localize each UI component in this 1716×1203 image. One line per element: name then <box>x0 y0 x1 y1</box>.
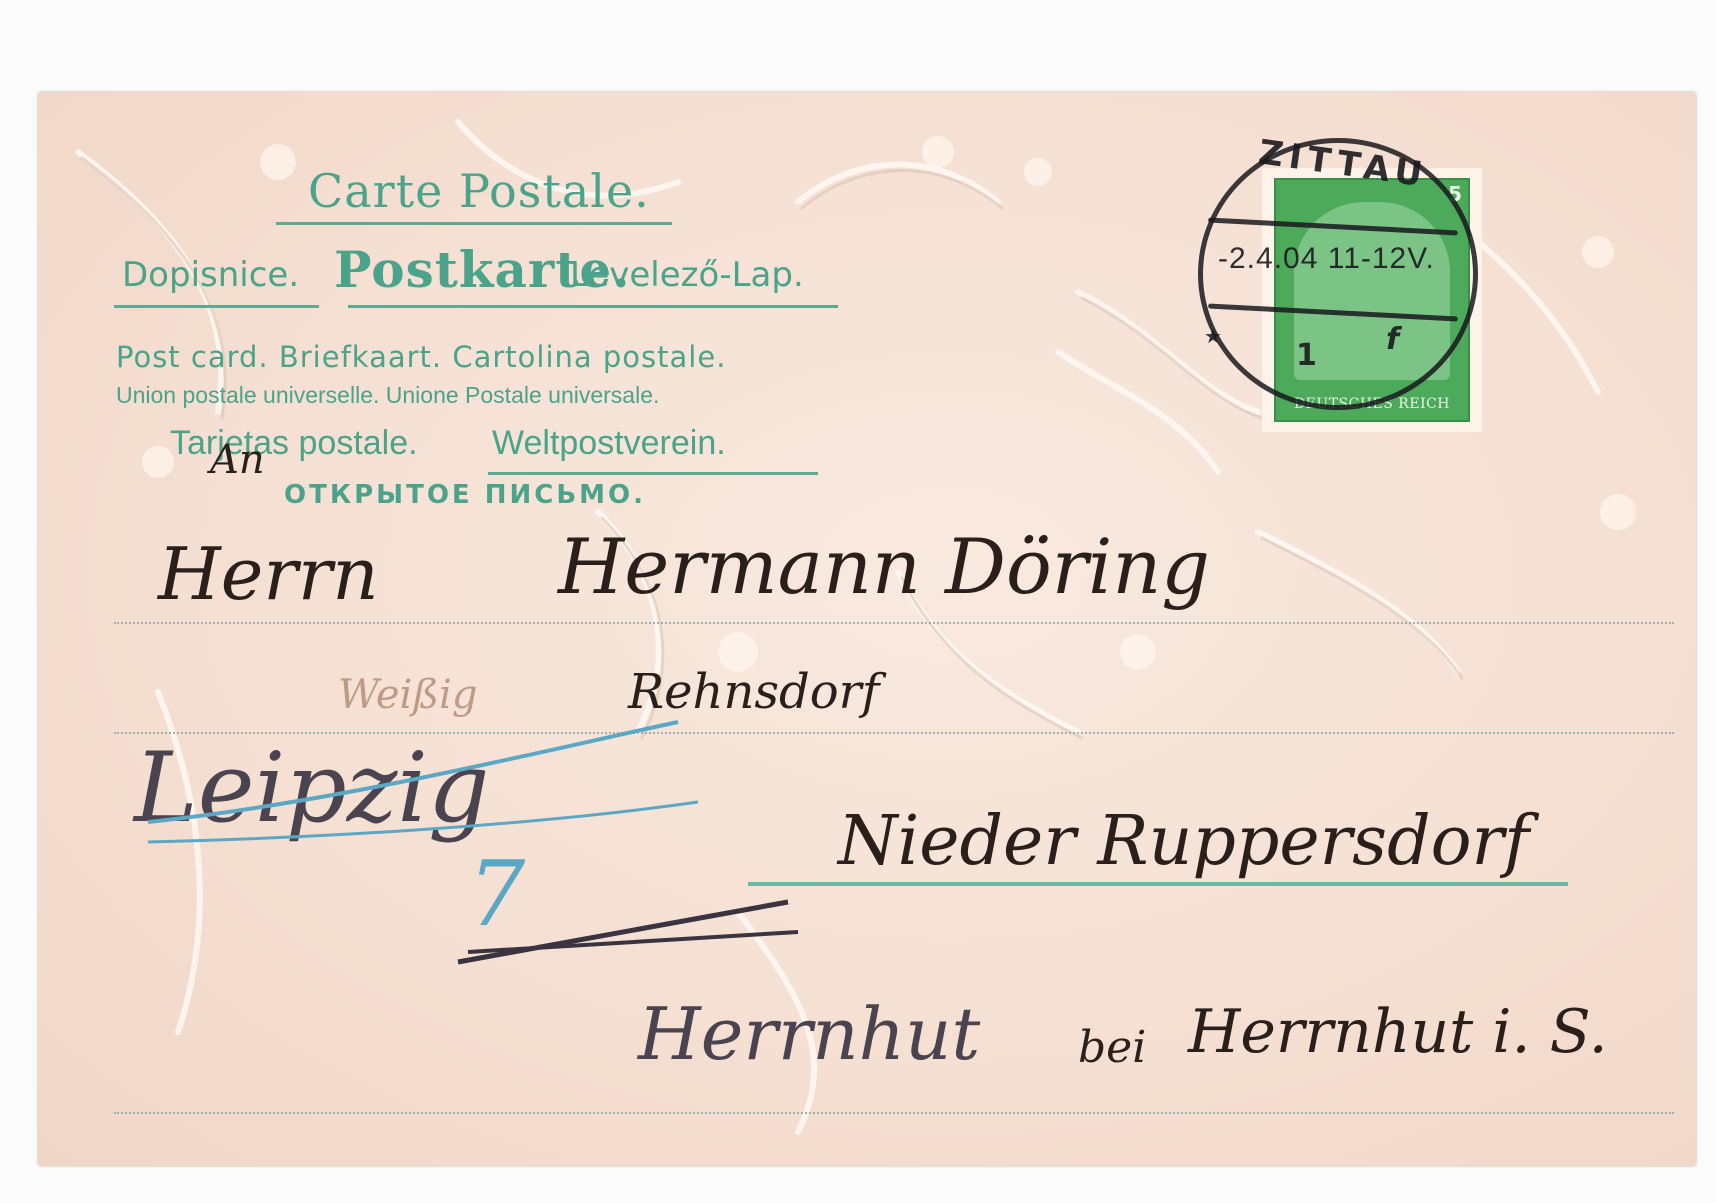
pencil-strike-lines <box>448 882 808 972</box>
row-underline-left <box>114 305 319 308</box>
star-icon: ★ <box>1204 324 1222 348</box>
address-line-3-underline <box>748 882 1568 886</box>
card-title: Carte Postale. <box>308 164 650 218</box>
handwritten-bei: bei <box>1078 1022 1146 1073</box>
blue-strike-lines <box>138 712 698 852</box>
postmark-date: -2.4.04 11-12V. <box>1218 242 1435 276</box>
postmark-office: 1 <box>1296 338 1317 373</box>
title-underline <box>276 222 672 225</box>
handwritten-line4: Herrnhut i. S. <box>1188 997 1608 1067</box>
label-tarjetas: Tarjetas postale. <box>170 424 418 463</box>
label-union: Union postale universelle. Unione Postal… <box>116 382 659 409</box>
pencil-note: Herrnhut <box>638 992 980 1076</box>
postmark-letter: f <box>1386 322 1399 357</box>
label-dopisnice: Dopisnice. <box>122 255 299 295</box>
address-line-4 <box>114 1112 1674 1114</box>
postcard: Carte Postale. Dopisnice. Postkarte. Lev… <box>38 92 1696 1166</box>
label-levelezo-lap: Levelező-Lap. <box>570 255 804 295</box>
address-line-1 <box>114 622 1674 624</box>
handwritten-prefix: An <box>210 437 265 483</box>
label-languages: Post card. Briefkaart. Cartolina postale… <box>116 340 726 374</box>
label-russian: ОТКРЫТОЕ ПИСЬМО. <box>284 480 646 510</box>
label-weltpostverein: Weltpostverein. <box>492 424 726 463</box>
weltpost-underline <box>488 472 818 475</box>
row-underline-right <box>348 305 838 308</box>
handwritten-town: Nieder Ruppersdorf <box>838 802 1529 881</box>
handwritten-salutation: Herrn <box>158 532 379 616</box>
handwritten-name: Hermann Döring <box>558 522 1210 611</box>
